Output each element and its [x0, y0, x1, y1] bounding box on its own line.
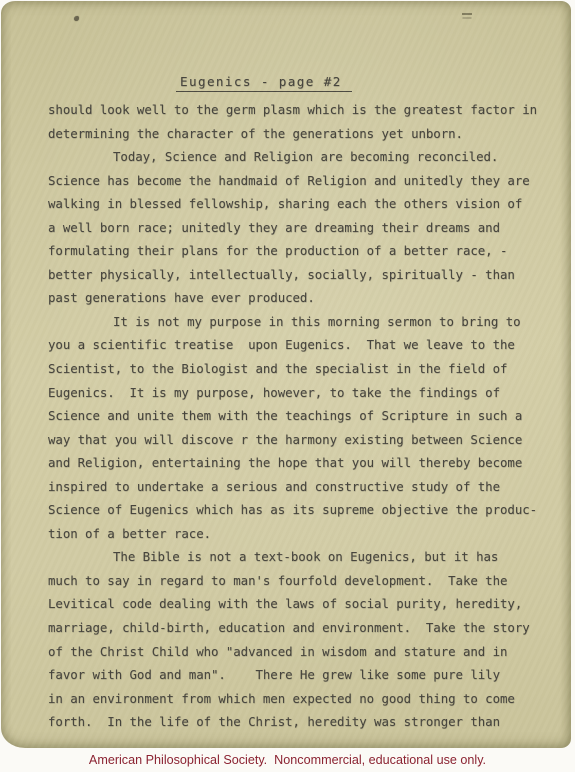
body-line: Levitical code dealing with the laws of …	[48, 592, 553, 616]
body-line: walking in blessed fellowship, sharing e…	[48, 192, 553, 216]
body-line: The Bible is not a text-book on Eugenics…	[48, 545, 553, 569]
typed-body: should look well to the germ plasm which…	[48, 98, 553, 734]
body-line: past generations have ever produced.	[48, 286, 553, 310]
body-line: and Religion, entertaining the hope that…	[48, 451, 553, 475]
document-page: Eugenics - page #2 should look well to t…	[1, 1, 571, 748]
page-title: Eugenics - page #2	[176, 74, 352, 92]
body-line: Science has become the handmaid of Relig…	[48, 169, 553, 193]
body-line: determining the character of the generat…	[48, 122, 553, 146]
body-line: marriage, child-birth, education and env…	[48, 616, 553, 640]
body-line: Today, Science and Religion are becoming…	[48, 145, 553, 169]
smudge-mark	[462, 13, 472, 15]
body-line: Eugenics. It is my purpose, however, to …	[48, 381, 553, 405]
body-line: you a scientific treatise upon Eugenics.…	[48, 333, 553, 357]
body-line: a well born race; unitedly they are drea…	[48, 216, 553, 240]
body-line: of the Christ Child who "advanced in wis…	[48, 640, 553, 664]
body-line: favor with God and man". There He grew l…	[48, 663, 553, 687]
ink-speck-mark	[74, 16, 79, 21]
body-line: It is not my purpose in this morning ser…	[48, 310, 553, 334]
body-line: Science and unite them with the teaching…	[48, 404, 553, 428]
body-line: inspired to undertake a serious and cons…	[48, 475, 553, 499]
body-line: Science of Eugenics which has as its sup…	[48, 498, 553, 522]
scan-viewport: Eugenics - page #2 should look well to t…	[0, 0, 575, 772]
body-line: way that you will discove r the harmony …	[48, 428, 553, 452]
body-line: should look well to the germ plasm which…	[48, 98, 553, 122]
body-line: forth. In the life of the Christ, heredi…	[48, 710, 553, 734]
body-line: formulating their plans for the producti…	[48, 239, 553, 263]
body-line: Scientist, to the Biologist and the spec…	[48, 357, 553, 381]
attribution-caption: American Philosophical Society. Noncomme…	[0, 751, 575, 769]
body-line: better physically, intellectually, socia…	[48, 263, 553, 287]
title-row: Eugenics - page #2	[48, 71, 528, 92]
body-line: in an environment from which men expecte…	[48, 687, 553, 711]
body-line: much to say in regard to man's fourfold …	[48, 569, 553, 593]
body-line: tion of a better race.	[48, 522, 553, 546]
